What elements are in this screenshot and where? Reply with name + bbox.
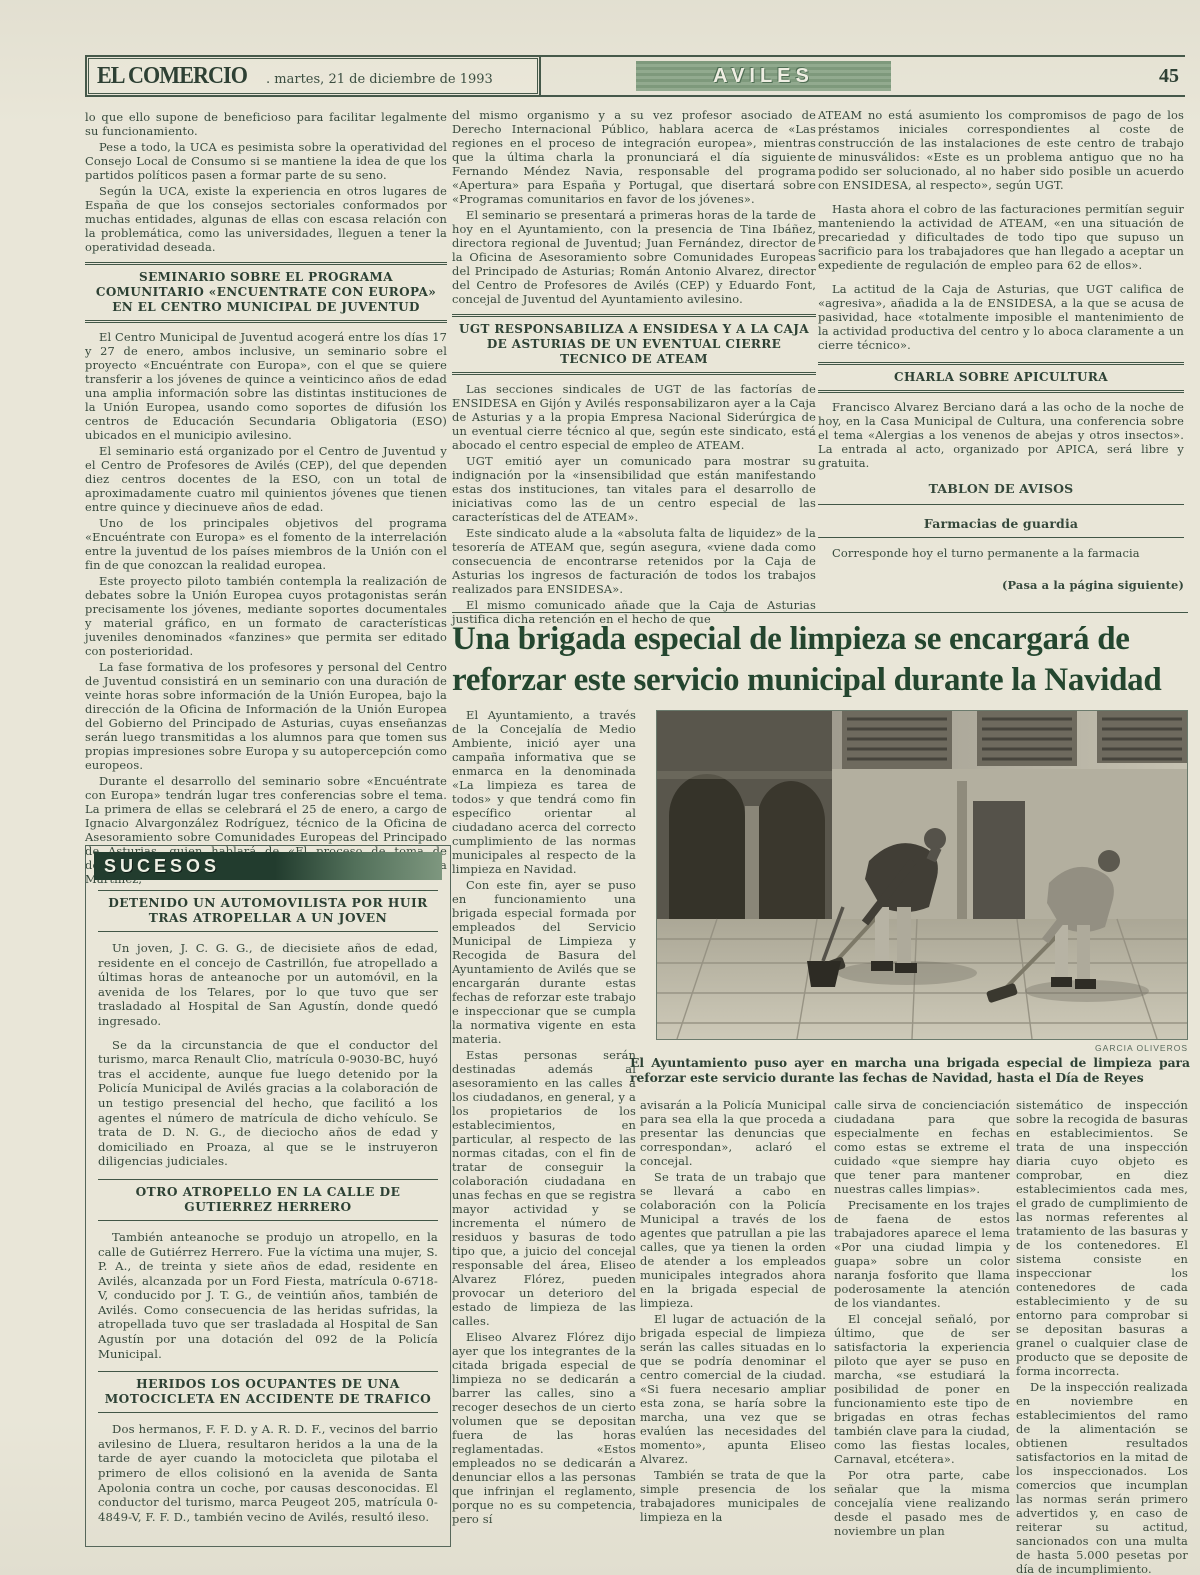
main-headline: Una brigada especial de limpieza se enca…	[452, 612, 1188, 701]
brigada-column-d: sistemático de inspección sobre la recog…	[1016, 1098, 1188, 1575]
paragraph: Dos hermanos, F. F. D. y A. R. D. F., ve…	[98, 1422, 438, 1524]
column-1: lo que ello supone de beneficioso para f…	[85, 110, 447, 888]
brigada-column-b: avisarán a la Policía Municipal para sea…	[640, 1098, 826, 1526]
article-heading-seminario: SEMINARIO SOBRE EL PROGRAMA COMUNITARIO …	[85, 262, 447, 323]
paragraph: sistemático de inspección sobre la recog…	[1016, 1098, 1188, 1378]
paragraph: del mismo organismo y a su vez profesor …	[452, 108, 816, 206]
sucesos-banner: SUCESOS	[94, 852, 442, 880]
page-number: 45	[1159, 65, 1179, 88]
paragraph: Este sindicato alude a la «absoluta falt…	[452, 526, 816, 596]
paragraph: calle sirva de concienciación ciudadana …	[834, 1098, 1010, 1196]
paragraph: Precisamente en los trajes de faena de e…	[834, 1198, 1010, 1310]
newspaper-page: EL COMERCIO . martes, 21 de diciembre de…	[0, 0, 1200, 1575]
sucesos-section: SUCESOS DETENIDO UN AUTOMOVILISTA POR HU…	[85, 845, 451, 1547]
paragraph: Uno de los principales objetivos del pro…	[85, 516, 447, 572]
paragraph: Eliseo Alvarez Flórez dijo ayer que los …	[452, 1330, 636, 1526]
paragraph: Este proyecto piloto también contempla l…	[85, 574, 447, 658]
continuation-note: (Pasa a la página siguiente)	[818, 578, 1184, 592]
paragraph: Se trata de un trabajo que se llevará a …	[640, 1170, 826, 1310]
sucesos-heading-3: HERIDOS LOS OCUPANTES DE UNA MOTOCICLETA…	[98, 1371, 438, 1413]
farmacias-subheading: Farmacias de guardia	[818, 513, 1184, 538]
article-heading-charla: CHARLA SOBRE APICULTURA	[818, 362, 1184, 393]
street-sweepers-photo-illustration	[657, 711, 1187, 1039]
paragraph: El seminario se presentará a primeras ho…	[452, 208, 816, 306]
paragraph: También anteanoche se produjo un atropel…	[98, 1230, 438, 1361]
paragraph: Corresponde hoy el turno permanente a la…	[818, 546, 1184, 560]
column-3: ATEAM no está asumiento los compromisos …	[818, 108, 1184, 602]
brigada-column-a: El Ayuntamiento, a través de la Concejal…	[452, 708, 636, 1528]
paragraph: La actitud de la Caja de Asturias, que U…	[818, 282, 1184, 352]
paragraph: Según la UCA, existe la experiencia en o…	[85, 184, 447, 254]
paragraph: También se trata de que la simple presen…	[640, 1468, 826, 1524]
article-heading-ugt: UGT RESPONSABILIZA A ENSIDESA Y A LA CAJ…	[452, 314, 816, 375]
paragraph: Las secciones sindicales de UGT de las f…	[452, 382, 816, 452]
brigada-column-c: calle sirva de concienciación ciudadana …	[834, 1098, 1010, 1540]
header-band: AVILES 45	[541, 55, 1185, 97]
masthead-date: . martes, 21 de diciembre de 1993	[266, 72, 493, 87]
sucesos-heading-1: DETENIDO UN AUTOMOVILISTA POR HUIR TRAS …	[98, 890, 438, 932]
sucesos-body: DETENIDO UN AUTOMOVILISTA POR HUIR TRAS …	[98, 890, 438, 1524]
paragraph: El Centro Municipal de Juventud acogerá …	[85, 330, 447, 442]
paragraph: Hasta ahora el cobro de las facturacione…	[818, 202, 1184, 272]
tablon-heading: TABLON DE AVISOS	[818, 480, 1184, 505]
paragraph: Por otra parte, cabe señalar que la mism…	[834, 1468, 1010, 1538]
section-banner: AVILES	[636, 61, 891, 91]
paragraph: El lugar de actuación de la brigada espe…	[640, 1312, 826, 1466]
paragraph: Pese a todo, la UCA es pesimista sobre l…	[85, 140, 447, 182]
paragraph: Francisco Alvarez Berciano dará a las oc…	[818, 400, 1184, 470]
column-2: del mismo organismo y a su vez profesor …	[452, 108, 816, 628]
sucesos-heading-2: OTRO ATROPELLO EN LA CALLE DE GUTIERREZ …	[98, 1179, 438, 1221]
photo-credit: GARCIA OLIVEROS	[656, 1043, 1188, 1053]
paragraph: Estas personas serán destinadas además a…	[452, 1048, 636, 1328]
masthead-title: EL COMERCIO	[97, 63, 247, 90]
paragraph: UGT emitió ayer un comunicado para mostr…	[452, 454, 816, 524]
paragraph: El Ayuntamiento, a través de la Concejal…	[452, 708, 636, 876]
paragraph: Un joven, J. C. G. G., de diecisiete año…	[98, 941, 438, 1029]
masthead-box: EL COMERCIO . martes, 21 de diciembre de…	[85, 55, 541, 97]
paragraph: El seminario está organizado por el Cent…	[85, 444, 447, 514]
paragraph: ATEAM no está asumiento los compromisos …	[818, 108, 1184, 192]
paragraph: Con este fin, ayer se puso en funcionami…	[452, 878, 636, 1046]
paragraph: lo que ello supone de beneficioso para f…	[85, 110, 447, 138]
paragraph: avisarán a la Policía Municipal para sea…	[640, 1098, 826, 1168]
paragraph: Se da la circunstancia de que el conduct…	[98, 1038, 438, 1169]
paragraph: La fase formativa de los profesores y pe…	[85, 660, 447, 772]
page-header: EL COMERCIO . martes, 21 de diciembre de…	[85, 55, 1185, 97]
news-photo	[656, 710, 1188, 1040]
sucesos-label: SUCESOS	[94, 856, 220, 877]
paragraph: El concejal señaló, por último, que de s…	[834, 1312, 1010, 1466]
photo-caption: El Ayuntamiento puso ayer en marcha una …	[630, 1055, 1190, 1085]
paragraph: De la inspección realizada en noviembre …	[1016, 1380, 1188, 1575]
